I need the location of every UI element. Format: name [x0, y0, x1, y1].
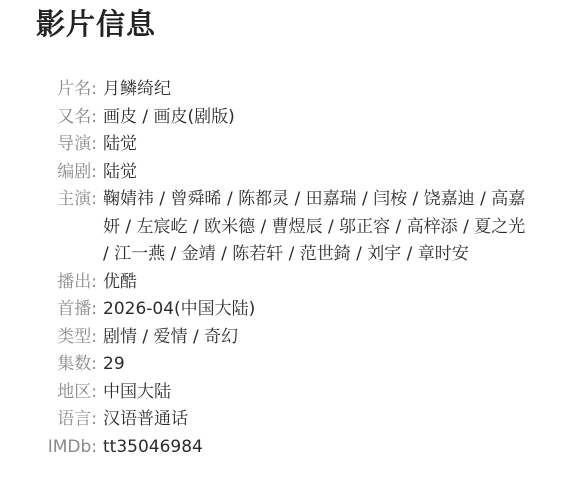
info-value-language: 汉语普通话: [103, 406, 528, 434]
info-row-network: 播出: 优酷: [0, 269, 577, 297]
info-value-cast: 鞠婧祎 / 曾舜晞 / 陈都灵 / 田嘉瑞 / 闫桉 / 饶嘉迪 / 高嘉妍 /…: [103, 186, 528, 269]
info-label-imdb: IMDb:: [0, 434, 103, 462]
info-label-director: 导演:: [0, 131, 103, 159]
info-row-title: 片名: 月鳞绮纪: [0, 76, 577, 104]
info-row-episodes: 集数: 29: [0, 351, 577, 379]
info-value-network: 优酷: [103, 269, 528, 297]
info-row-aka: 又名: 画皮 / 画皮(剧版): [0, 104, 577, 132]
info-value-genre: 剧情 / 爱情 / 奇幻: [103, 324, 528, 352]
info-label-title: 片名:: [0, 76, 103, 104]
movie-info-list: 片名: 月鳞绮纪 又名: 画皮 / 画皮(剧版) 导演: 陆觉 编剧: 陆觉 主…: [0, 76, 577, 461]
info-value-director: 陆觉: [103, 131, 528, 159]
info-row-premiere: 首播: 2026-04(中国大陆): [0, 296, 577, 324]
info-row-imdb: IMDb: tt35046984: [0, 434, 577, 462]
info-row-region: 地区: 中国大陆: [0, 379, 577, 407]
info-label-aka: 又名:: [0, 104, 103, 132]
info-row-writer: 编剧: 陆觉: [0, 159, 577, 187]
info-value-episodes: 29: [103, 351, 528, 379]
info-label-genre: 类型:: [0, 324, 103, 352]
info-label-network: 播出:: [0, 269, 103, 297]
info-value-imdb: tt35046984: [103, 434, 528, 462]
page-title: 影片信息: [36, 4, 156, 44]
info-label-cast: 主演:: [0, 186, 103, 214]
info-label-episodes: 集数:: [0, 351, 103, 379]
info-value-title: 月鳞绮纪: [103, 76, 528, 104]
info-row-language: 语言: 汉语普通话: [0, 406, 577, 434]
info-row-genre: 类型: 剧情 / 爱情 / 奇幻: [0, 324, 577, 352]
info-label-region: 地区:: [0, 379, 103, 407]
info-value-premiere: 2026-04(中国大陆): [103, 296, 528, 324]
info-row-director: 导演: 陆觉: [0, 131, 577, 159]
info-value-region: 中国大陆: [103, 379, 528, 407]
info-value-writer: 陆觉: [103, 159, 528, 187]
info-value-aka: 画皮 / 画皮(剧版): [103, 104, 528, 132]
info-row-cast: 主演: 鞠婧祎 / 曾舜晞 / 陈都灵 / 田嘉瑞 / 闫桉 / 饶嘉迪 / 高…: [0, 186, 577, 269]
info-label-premiere: 首播:: [0, 296, 103, 324]
info-label-language: 语言:: [0, 406, 103, 434]
info-label-writer: 编剧:: [0, 159, 103, 187]
